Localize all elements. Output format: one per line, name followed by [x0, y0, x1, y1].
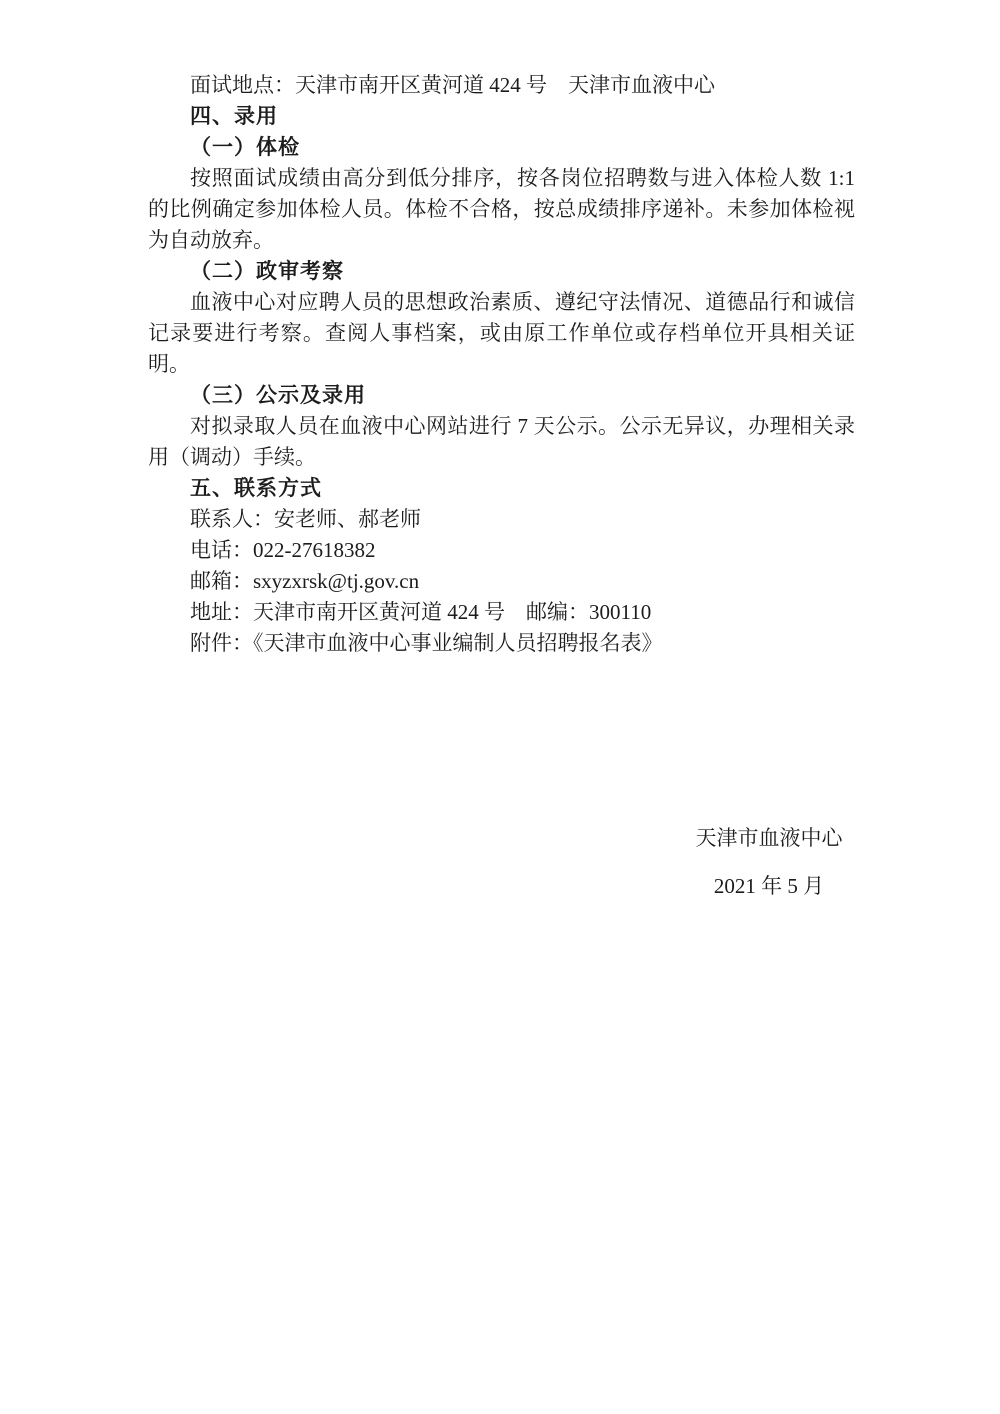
publicity-and-hiring-body: 对拟录取人员在血液中心网站进行 7 天公示。公示无异议，办理相关录用（调动）手续… [148, 411, 855, 473]
contact-phone-line: 电话：022-27618382 [148, 535, 855, 566]
contact-email-line: 邮箱：sxyzxrsk@tj.gov.cn [148, 566, 855, 597]
section-recruitment-heading: 四、录用 [148, 101, 855, 132]
physical-exam-body: 按照面试成绩由高分到低分排序，按各岗位招聘数与进入体检人数 1:1 的比例确定参… [148, 163, 855, 256]
political-review-body: 血液中心对应聘人员的思想政治素质、遵纪守法情况、道德品行和诚信记录要进行考察。查… [148, 287, 855, 380]
signature-date: 2021 年 5 月 [683, 871, 855, 902]
signature-block: 天津市血液中心 2021 年 5 月 [683, 823, 855, 902]
document-page: 面试地点：天津市南开区黄河道 424 号 天津市血液中心 四、录用 （一）体检 … [0, 0, 1000, 1414]
publicity-and-hiring-heading: （三）公示及录用 [148, 380, 855, 411]
interview-location-line: 面试地点：天津市南开区黄河道 424 号 天津市血液中心 [148, 70, 855, 101]
signature-organization: 天津市血液中心 [683, 823, 855, 854]
contact-person-line: 联系人：安老师、郝老师 [148, 504, 855, 535]
section-contact-heading: 五、联系方式 [148, 473, 855, 504]
attachment-line: 附件：《天津市血液中心事业编制人员招聘报名表》 [148, 628, 855, 659]
contact-address-line: 地址：天津市南开区黄河道 424 号 邮编：300110 [148, 597, 855, 628]
political-review-heading: （二）政审考察 [148, 256, 855, 287]
physical-exam-heading: （一）体检 [148, 132, 855, 163]
